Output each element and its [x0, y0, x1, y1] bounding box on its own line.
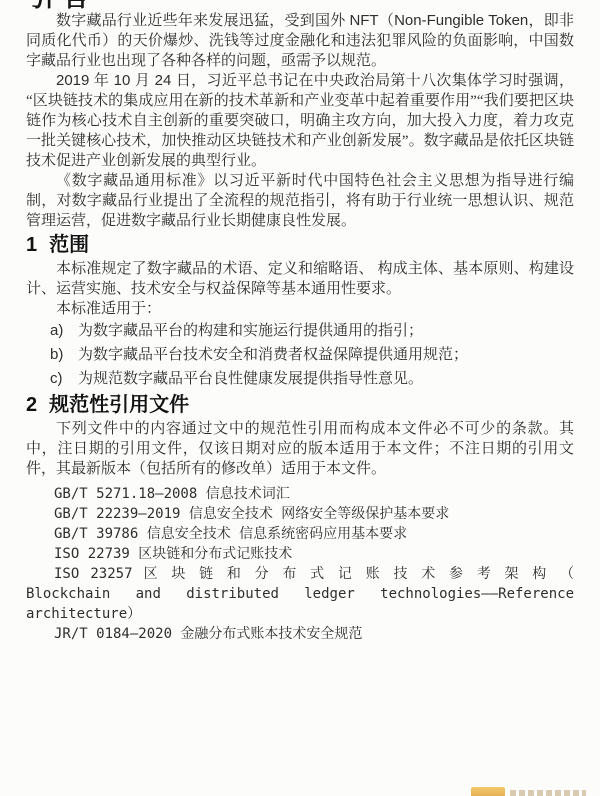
section-2-paragraph: 下列文件中的内容通过文中的规范性引用而构成本文件必不可少的条款。其中，注日期的引…	[26, 419, 574, 479]
intro-heading: 引言	[28, 0, 574, 11]
reference-item-gbt-5271: GB/T 5271.18—2008 信息技术词汇	[26, 484, 574, 504]
section-1-applicability-lead: 本标准适用于：	[26, 299, 574, 319]
scope-item-a-label: a)	[50, 319, 78, 342]
watermark-logo	[471, 787, 586, 796]
scope-item-c: c)为规范数字藏品平台良性健康发展提供指导性意见。	[26, 367, 574, 391]
section-1-heading: 1范围	[26, 231, 574, 259]
intro-paragraph-1: 数字藏品行业近些年来发展迅猛，受到国外 NFT（Non-Fungible Tok…	[26, 11, 574, 71]
section-2-title: 规范性引用文件	[49, 394, 189, 416]
scope-item-c-label: c)	[50, 367, 78, 390]
standard-document-page: 引言 数字藏品行业近些年来发展迅猛，受到国外 NFT（Non-Fungible …	[0, 0, 600, 796]
reference-item-iso-23257: ISO 23257 区 块 链 和 分 布 式 记 账 技 术 参 考 架 构 …	[26, 564, 574, 624]
intro-p1-pre: 数字藏品行业近些年来发展迅猛，受到国外	[56, 13, 349, 29]
watermark-text-blur	[510, 790, 586, 796]
scope-item-b: b)为数字藏品平台技术安全和消费者权益保障提供通用规范；	[26, 343, 574, 367]
intro-paragraph-2: 2019 年 10 月 24 日，习近平总书记在中央政治局第十八次集体学习时强调…	[26, 71, 574, 171]
scope-list: a)为数字藏品平台的构建和实施运行提供通用的指引； b)为数字藏品平台技术安全和…	[26, 319, 574, 391]
watermark-icon	[471, 787, 505, 796]
section-1-number: 1	[26, 234, 37, 256]
section-1-title: 范围	[49, 234, 89, 256]
reference-item-iso-22739: ISO 22739 区块链和分布式记账技术	[26, 544, 574, 564]
reference-item-jrt-0184: JR/T 0184—2020 金融分布式账本技术安全规范	[26, 624, 574, 644]
intro-p2-date: 2019 年 10 月 24 日，	[56, 72, 207, 89]
page-top-heading-clipped: 引言	[26, 0, 574, 11]
scope-item-b-text: 为数字藏品平台技术安全和消费者权益保障提供通用规范；	[78, 347, 468, 363]
scope-item-a: a)为数字藏品平台的构建和实施运行提供通用的指引；	[26, 319, 574, 343]
section-2-heading: 2规范性引用文件	[26, 391, 574, 419]
normative-references-list: GB/T 5271.18—2008 信息技术词汇 GB/T 22239—2019…	[26, 484, 574, 644]
document-page: { "colors": { "background": "#fcfcfb", "…	[0, 0, 600, 796]
scope-item-c-text: 为规范数字藏品平台良性健康发展提供指导性意见。	[78, 371, 423, 387]
section-2-number: 2	[26, 394, 37, 416]
reference-item-gbt-22239: GB/T 22239—2019 信息安全技术 网络安全等级保护基本要求	[26, 504, 574, 524]
scope-item-b-label: b)	[50, 343, 78, 366]
intro-p1-nft-term: NFT（Non-Fungible Token，	[349, 12, 543, 29]
intro-paragraph-3: 《数字藏品通用标准》以习近平新时代中国特色社会主义思想为指导进行编制，对数字藏品…	[26, 171, 574, 231]
reference-item-gbt-39786: GB/T 39786 信息安全技术 信息系统密码应用基本要求	[26, 524, 574, 544]
scope-item-a-text: 为数字藏品平台的构建和实施运行提供通用的指引；	[78, 323, 423, 339]
section-1-paragraph: 本标准规定了数字藏品的术语、定义和缩略语、 构成主体、基本原则、构建设计、运营实…	[26, 259, 574, 299]
